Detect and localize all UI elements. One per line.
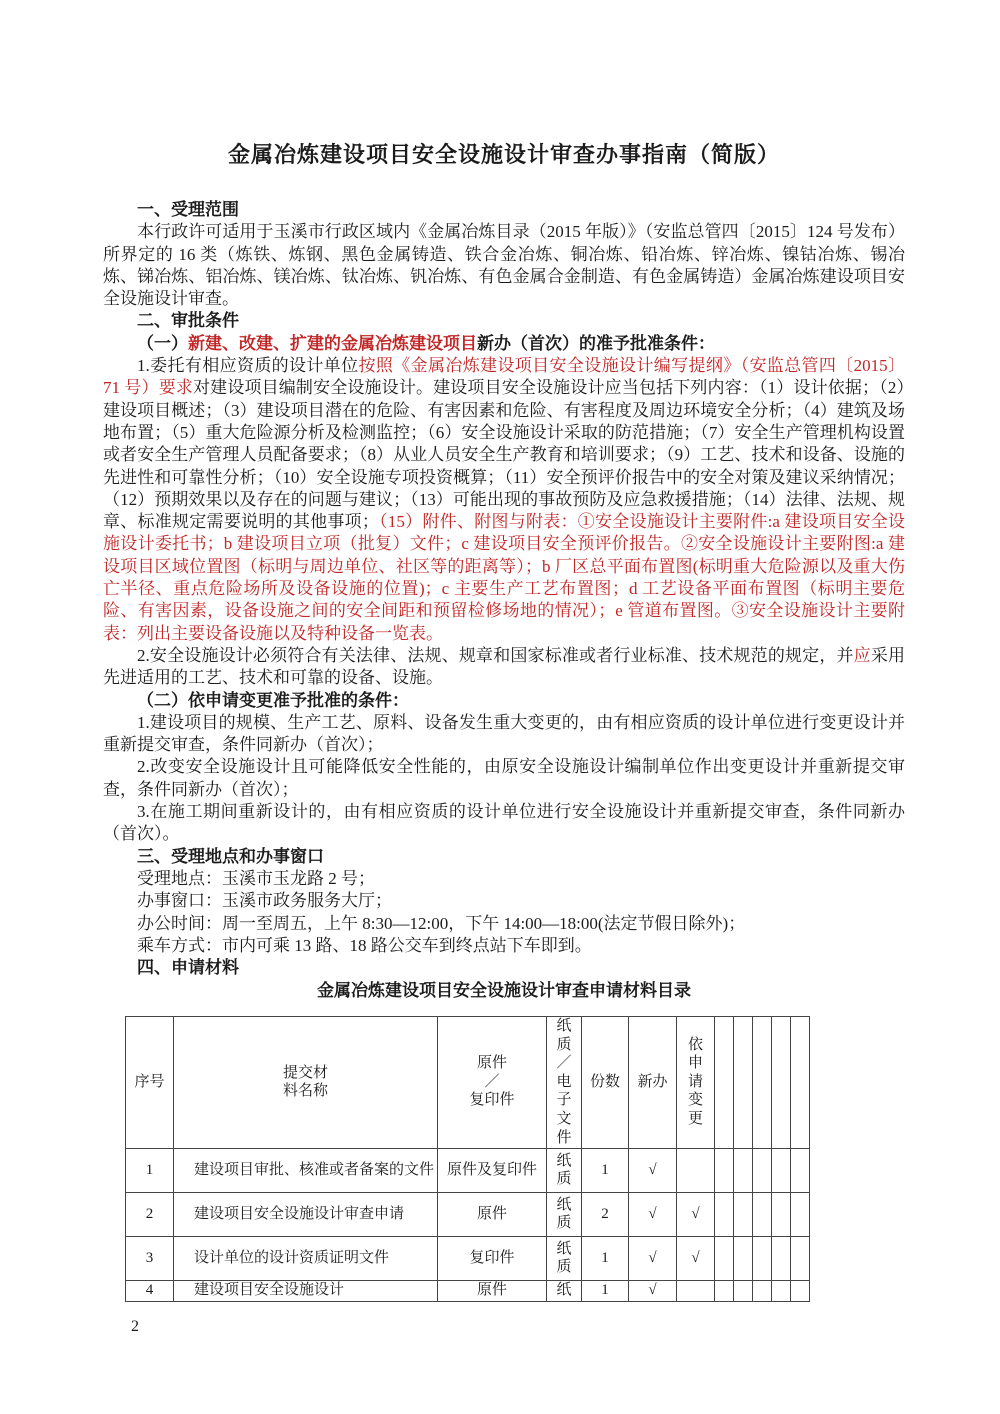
document-page: { "colors": { "accent_red": "#c02424", "…	[0, 0, 1000, 1414]
empty-cell	[734, 1192, 753, 1236]
empty-cell	[791, 1148, 810, 1192]
cell-original-or-copy: 原件	[438, 1280, 547, 1301]
p2-black-1: 2.安全设施设计必须符合有关法律、法规、规章和国家标准或者行业标准、技术规范的规…	[137, 646, 854, 665]
empty-cell	[715, 1192, 734, 1236]
cell-index: 4	[126, 1280, 174, 1301]
cell-material-name: 建设项目安全设施设计	[174, 1280, 438, 1301]
cell-material-name: 建设项目审批、核准或者备案的文件	[174, 1148, 438, 1192]
section-1-paragraph: 本行政许可适用于玉溪市行政区域内《金属冶炼目录（2015 年版）》（安监总管四〔…	[103, 221, 905, 310]
table-caption: 金属冶炼建设项目安全设施设计审查申请材料目录	[103, 980, 905, 1002]
empty-cell	[715, 1148, 734, 1192]
col-header-copies: 份数	[582, 1016, 629, 1148]
cell-copies: 1	[582, 1148, 629, 1192]
section-2-paragraph-2: 2.安全设施设计必须符合有关法律、法规、规章和国家标准或者行业标准、技术规范的规…	[103, 645, 905, 690]
col-header-material-name: 提交材 料名称	[174, 1016, 438, 1148]
transport-line: 乘车方式：市内可乘 13 路、18 路公交车到终点站下车即到。	[103, 935, 905, 957]
col-header-original-or-copy: 原件 ／ 复印件	[438, 1016, 547, 1148]
section-2-paragraph-1: 1.委托有相应资质的设计单位按照《金属冶炼建设项目安全设施设计编写提纲》（安监总…	[103, 355, 905, 645]
cell-new-application-check: √	[629, 1280, 677, 1301]
p2-red: 应	[854, 646, 871, 665]
page-title: 金属冶炼建设项目安全设施设计审查办事指南（简版）	[103, 141, 905, 169]
cell-change-application-check	[677, 1148, 715, 1192]
empty-column-header	[734, 1016, 753, 1148]
cell-index: 2	[126, 1192, 174, 1236]
section-2-paragraph-3: 1.建设项目的规模、生产工艺、原料、设备发生重大变更的，由有相应资质的设计单位进…	[103, 712, 905, 757]
sub1-red-text: 新建、改建、扩建的金属冶炼建设项目	[188, 334, 477, 353]
section-2-paragraph-4: 2.改变安全设施设计且可能降低安全性能的，由原安全设施设计编制单位作出变更设计并…	[103, 756, 905, 801]
col-header-new-application: 新办	[629, 1016, 677, 1148]
sub1-prefix: （一）	[137, 334, 188, 353]
page-number: 2	[131, 1318, 139, 1336]
col-header-medium: 纸 质 ／ 电 子 文 件	[547, 1016, 582, 1148]
cell-material-name: 设计单位的设计资质证明文件	[174, 1236, 438, 1280]
cell-original-or-copy: 原件及复印件	[438, 1148, 547, 1192]
empty-column-header	[715, 1016, 734, 1148]
cell-change-application-check	[677, 1280, 715, 1301]
empty-cell	[772, 1280, 791, 1301]
section-1-heading: 一、受理范围	[103, 199, 905, 221]
cell-original-or-copy: 复印件	[438, 1236, 547, 1280]
cell-index: 1	[126, 1148, 174, 1192]
section-4-heading: 四、申请材料	[103, 957, 905, 979]
materials-table: 序号 提交材 料名称 原件 ／ 复印件 纸 质 ／ 电 子 文 件 份数 新办 …	[125, 1016, 810, 1302]
p1-red-2: （15）附件、附图与附表：①安全设施设计主要附件:a 建设项目安全设施设计委托书…	[103, 512, 905, 642]
empty-column-header	[791, 1016, 810, 1148]
section-2-heading: 二、审批条件	[103, 310, 905, 332]
cell-new-application-check: √	[629, 1236, 677, 1280]
cell-new-application-check: √	[629, 1148, 677, 1192]
cell-copies: 1	[582, 1280, 629, 1301]
empty-cell	[772, 1192, 791, 1236]
cell-medium: 纸 质	[547, 1192, 582, 1236]
empty-column-header	[772, 1016, 791, 1148]
table-row: 3 设计单位的设计资质证明文件 复印件 纸 质 1 √ √	[126, 1236, 810, 1280]
cell-copies: 1	[582, 1236, 629, 1280]
col-header-index: 序号	[126, 1016, 174, 1148]
empty-cell	[715, 1236, 734, 1280]
document-content: 金属冶炼建设项目安全设施设计审查办事指南（简版） 一、受理范围 本行政许可适用于…	[103, 0, 905, 1302]
cell-index: 3	[126, 1236, 174, 1280]
empty-cell	[734, 1148, 753, 1192]
empty-cell	[753, 1192, 772, 1236]
cell-medium: 纸 质	[547, 1148, 582, 1192]
empty-cell	[734, 1236, 753, 1280]
cell-new-application-check: √	[629, 1192, 677, 1236]
table-row: 1 建设项目审批、核准或者备案的文件 原件及复印件 纸 质 1 √	[126, 1148, 810, 1192]
empty-cell	[715, 1280, 734, 1301]
cell-copies: 2	[582, 1192, 629, 1236]
empty-cell	[753, 1148, 772, 1192]
empty-cell	[753, 1236, 772, 1280]
empty-column-header	[753, 1016, 772, 1148]
sub1-suffix: 新办（首次）的准予批准条件：	[477, 334, 715, 353]
table-header-row: 序号 提交材 料名称 原件 ／ 复印件 纸 质 ／ 电 子 文 件 份数 新办 …	[126, 1016, 810, 1148]
cell-medium: 纸	[547, 1280, 582, 1301]
empty-cell	[791, 1280, 810, 1301]
empty-cell	[791, 1236, 810, 1280]
cell-material-name: 建设项目安全设施设计审查申请	[174, 1192, 438, 1236]
table-row: 2 建设项目安全设施设计审查申请 原件 纸 质 2 √ √	[126, 1192, 810, 1236]
cell-medium: 纸 质	[547, 1236, 582, 1280]
cell-original-or-copy: 原件	[438, 1192, 547, 1236]
section-2-sub1-heading: （一）新建、改建、扩建的金属冶炼建设项目新办（首次）的准予批准条件：	[103, 333, 905, 355]
cell-change-application-check: √	[677, 1192, 715, 1236]
section-3-heading: 三、受理地点和办事窗口	[103, 846, 905, 868]
section-2-sub2-heading: （二）依申请变更准予批准的条件：	[103, 690, 905, 712]
p1-black-1: 1.委托有相应资质的设计单位	[137, 356, 359, 375]
empty-cell	[772, 1236, 791, 1280]
cell-change-application-check: √	[677, 1236, 715, 1280]
empty-cell	[791, 1192, 810, 1236]
table-row: 4 建设项目安全设施设计 原件 纸 1 √	[126, 1280, 810, 1301]
empty-cell	[734, 1280, 753, 1301]
reception-address-line: 受理地点：玉溪市玉龙路 2 号；	[103, 868, 905, 890]
office-hours-line: 办公时间：周一至周五，上午 8:30—12:00，下午 14:00—18:00(…	[103, 913, 905, 935]
col-header-change-application: 依 申 请 变 更	[677, 1016, 715, 1148]
empty-cell	[753, 1280, 772, 1301]
service-window-line: 办事窗口：玉溪市政务服务大厅；	[103, 890, 905, 912]
p1-black-2: 对建设项目编制安全设施设计。建设项目安全设施设计应当包括下列内容：（1）设计依据…	[103, 378, 905, 531]
empty-cell	[772, 1148, 791, 1192]
section-2-paragraph-5: 3.在施工期间重新设计的，由有相应资质的设计单位进行安全设施设计并重新提交审查，…	[103, 801, 905, 846]
